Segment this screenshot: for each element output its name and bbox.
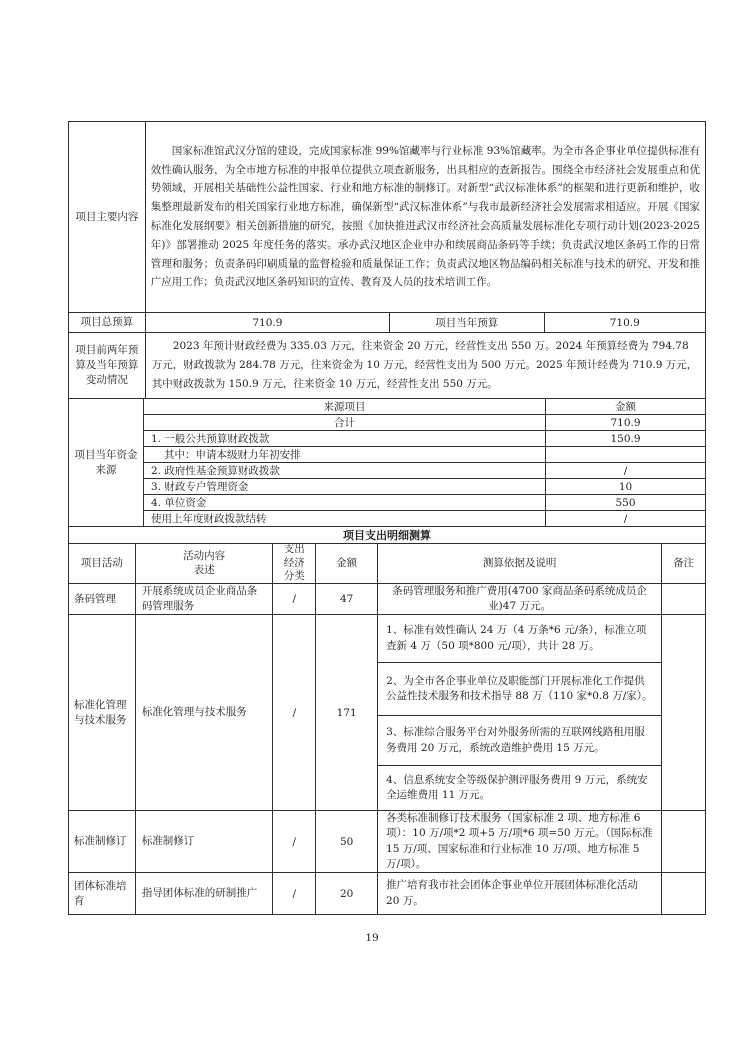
detail-row-standards-management: 标准化管理与技术服务 标准化管理与技术服务 / 171 1、标准有效性确认 24… <box>69 615 705 811</box>
funding-item-name: 4. 单位资金 <box>144 495 546 511</box>
budget-history-label: 项目前两年预算及当年预算变动情况 <box>69 333 146 399</box>
amount-cell: 171 <box>316 615 378 811</box>
detail-header-row: 项目活动 活动内容 表述 支出 经济 分类 金额 测算依据及说明 备注 <box>69 544 705 584</box>
budget-history-cell: 2023 年预计财政经费为 335.03 万元，往来资金 20 万元，经营性支出… <box>146 333 705 399</box>
total-budget-value: 710.9 <box>146 313 390 333</box>
current-year-budget-label: 项目当年预算 <box>390 313 545 333</box>
funding-item-row: 其中：申请本级财力年初安排 <box>144 447 705 463</box>
project-content-text: 国家标准馆武汉分馆的建设，完成国家标准 99%馆藏率与行业标准 93%馆藏率。为… <box>151 142 700 292</box>
funding-item-name: 合计 <box>144 415 546 431</box>
description-cell: 开展系统成员企业商品条码管理服务 <box>136 584 274 615</box>
basis-subcolumn: 1、标准有效性确认 24 万（4 万条*6 元/条），标准立项查新 4 万（50… <box>378 615 662 811</box>
description-cell: 标准化管理与技术服务 <box>136 615 274 811</box>
detail-row-barcode: 条码管理 开展系统成员企业商品条码管理服务 / 47 条码管理服务和推广费用(4… <box>69 584 705 615</box>
funding-item-row: 1. 一般公共预算财政拨款 150.9 <box>144 431 705 447</box>
total-budget-row: 项目总预算 710.9 项目当年预算 710.9 <box>69 313 705 333</box>
funding-item-name: 2. 政府性基金预算财政拨款 <box>144 463 546 479</box>
header-amount: 金额 <box>316 544 378 584</box>
basis-cell: 各类标准制修订技术服务（国家标准 2 项、地方标准 6 项）：10 万/项*2 … <box>378 811 662 873</box>
remark-cell <box>662 873 705 914</box>
funding-item-amount: / <box>546 463 705 479</box>
basis-item: 1、标准有效性确认 24 万（4 万条*6 元/条），标准立项查新 4 万（50… <box>378 615 661 663</box>
funding-item-row: 4. 单位资金 550 <box>144 495 705 511</box>
basis-cell: 推广培育我市社会团体企事业单位开展团体标准化活动 20 万。 <box>378 873 662 914</box>
header-activity: 项目活动 <box>69 544 136 584</box>
basis-cell: 条码管理服务和推广费用(4700 家商品条码系统成员企业)47 万元。 <box>378 584 662 615</box>
header-basis: 测算依据及说明 <box>378 544 662 584</box>
basis-item: 2、为全市各企事业单位及职能部门开展标准化工作提供公益性技术服务和技术指导 88… <box>378 663 661 716</box>
funding-item-amount <box>546 447 705 463</box>
detail-row-standard-revision: 标准制修订 标准制修订 / 50 各类标准制修订技术服务（国家标准 2 项、地方… <box>69 811 705 873</box>
funding-item-amount: / <box>546 511 705 527</box>
current-year-budget-value: 710.9 <box>545 313 705 333</box>
activity-cell: 团体标准培育 <box>69 873 136 914</box>
header-remark: 备注 <box>662 544 705 584</box>
detail-section-title: 项目支出明细测算 <box>69 527 705 544</box>
funding-item-name: 使用上年度财政拨款结转 <box>144 511 546 527</box>
project-content-label-text: 项目主要内容 <box>73 210 141 225</box>
economic-class-cell: / <box>273 811 316 873</box>
funding-item-name: 3. 财政专户管理资金 <box>144 479 546 495</box>
economic-class-cell: / <box>273 615 316 811</box>
funding-source-row: 项目当年资金来源 来源项目 金额 合计 710.9 <box>69 399 705 527</box>
funding-item-amount: 10 <box>546 479 705 495</box>
basis-item: 3、标准综合服务平台对外服务所需的互联网线路租用服务费用 20 万元，系统改造维… <box>378 716 661 766</box>
amount-cell: 20 <box>316 873 378 914</box>
detail-section-title-row: 项目支出明细测算 <box>69 527 705 544</box>
funding-item-row: 使用上年度财政拨款结转 / <box>144 511 705 527</box>
funding-item-row: 合计 710.9 <box>144 415 705 431</box>
remark-cell <box>662 615 705 811</box>
budget-history-row: 项目前两年预算及当年预算变动情况 2023 年预计财政经费为 335.03 万元… <box>69 333 705 399</box>
amount-cell: 47 <box>316 584 378 615</box>
document-page: 项目主要内容 国家标准馆武汉分馆的建设，完成国家标准 99%馆藏率与行业标准 9… <box>0 0 744 1052</box>
description-cell: 指导团体标准的研制推广 <box>136 873 274 914</box>
header-economic-class: 支出 经济 分类 <box>273 544 316 584</box>
description-cell: 标准制修订 <box>136 811 274 873</box>
funding-item-name: 1. 一般公共预算财政拨款 <box>144 431 546 447</box>
funding-item-row: 3. 财政专户管理资金 10 <box>144 479 705 495</box>
funding-source-label: 项目当年资金来源 <box>69 399 144 527</box>
funding-source-list: 来源项目 金额 合计 710.9 1. 一般公共预算财政 <box>144 399 705 527</box>
project-content-row: 项目主要内容 国家标准馆武汉分馆的建设，完成国家标准 99%馆藏率与行业标准 9… <box>69 122 705 313</box>
economic-class-cell: / <box>273 873 316 914</box>
header-description: 活动内容 表述 <box>136 544 274 584</box>
funding-item-amount: 150.9 <box>546 431 705 447</box>
project-budget-table: 项目主要内容 国家标准馆武汉分馆的建设，完成国家标准 99%馆藏率与行业标准 9… <box>68 121 706 915</box>
project-content-label: 项目主要内容 <box>69 122 146 313</box>
funding-item-row: 2. 政府性基金预算财政拨款 / <box>144 463 705 479</box>
activity-cell: 条码管理 <box>69 584 136 615</box>
amount-cell: 50 <box>316 811 378 873</box>
page-number: 19 <box>0 932 744 944</box>
economic-class-cell: / <box>273 584 316 615</box>
funding-item-name: 其中：申请本级财力年初安排 <box>144 447 546 463</box>
total-budget-label: 项目总预算 <box>69 313 146 333</box>
detail-row-group-standards: 团体标准培育 指导团体标准的研制推广 / 20 推广培育我市社会团体企事业单位开… <box>69 873 705 914</box>
remark-cell <box>662 811 705 873</box>
funding-header-row: 来源项目 金额 <box>144 399 705 415</box>
funding-amount-column-header: 金额 <box>546 399 705 415</box>
remark-cell <box>662 584 705 615</box>
project-content-cell: 国家标准馆武汉分馆的建设，完成国家标准 99%馆藏率与行业标准 93%馆藏率。为… <box>146 122 705 313</box>
funding-item-amount: 710.9 <box>546 415 705 431</box>
activity-cell: 标准制修订 <box>69 811 136 873</box>
funding-source-column-header: 来源项目 <box>144 399 546 415</box>
activity-cell: 标准化管理与技术服务 <box>69 615 136 811</box>
basis-item: 4、信息系统安全等级保护测评服务费用 9 万元，系统安全运维费用 11 万元。 <box>378 766 661 811</box>
funding-item-amount: 550 <box>546 495 705 511</box>
